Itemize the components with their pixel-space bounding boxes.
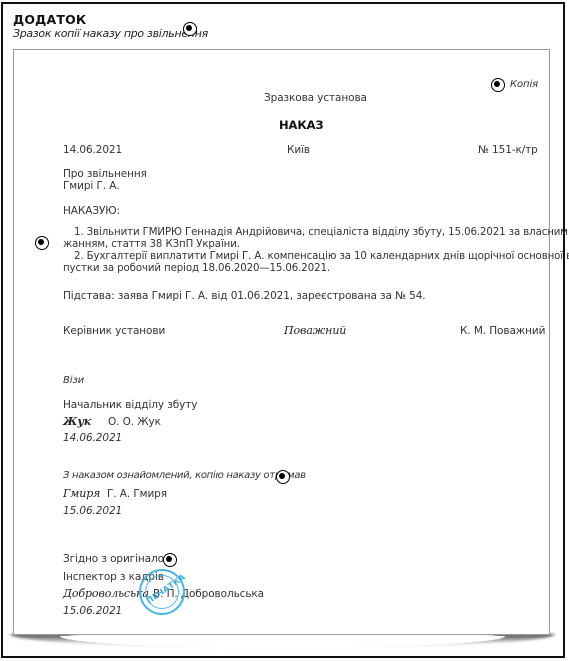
stamp-seal-icon: ПЕЧАТКА bbox=[139, 569, 185, 615]
subject-line-2: Гмирі Г. А. bbox=[63, 180, 120, 192]
appendix-title: ДОДАТОК bbox=[13, 12, 86, 27]
visa-date: 14.06.2021 bbox=[63, 432, 122, 444]
certification-signature: Добровольська bbox=[63, 587, 149, 600]
order-item-1-line-2: жанням, стаття 38 КЗпП України. bbox=[63, 239, 240, 250]
acknowledgement-marker-icon[interactable] bbox=[276, 470, 290, 484]
order-item-2-line-2: пустки за робочий період 18.06.2020—15.0… bbox=[63, 263, 330, 274]
head-position: Керівник установи bbox=[63, 325, 165, 337]
acknowledgement-name: Г. А. Гмиря bbox=[107, 488, 167, 500]
visas-label: Візи bbox=[63, 375, 84, 386]
certification-marker-icon[interactable] bbox=[163, 553, 177, 567]
certification-date: 15.06.2021 bbox=[63, 605, 122, 617]
acknowledgement-date: 15.06.2021 bbox=[63, 505, 122, 517]
head-signature: Поважний bbox=[284, 324, 346, 337]
stamp-text: ПЕЧАТКА bbox=[145, 575, 183, 605]
order-word: НАКАЗУЮ: bbox=[63, 205, 120, 217]
document-city: Київ bbox=[287, 144, 310, 156]
visa-name: О. О. Жук bbox=[108, 416, 161, 428]
appendix-subtitle: Зразок копії наказу про звільнення bbox=[13, 27, 208, 40]
copy-mark-marker-icon[interactable] bbox=[491, 78, 505, 92]
visa-signature: Жук bbox=[63, 415, 91, 428]
visa-position: Начальник відділу збуту bbox=[63, 399, 197, 411]
document-date: 14.06.2021 bbox=[63, 144, 122, 156]
acknowledgement-text: З наказом ознайомлений, копію наказу отр… bbox=[63, 470, 306, 481]
institution-name: Зразкова установа bbox=[264, 92, 367, 104]
subject-line-1: Про звільнення bbox=[63, 168, 147, 180]
order-item-1-line-1: 1. Звільнити ГМИРЮ Геннадія Андрійовича,… bbox=[74, 227, 569, 238]
copy-mark: Копія bbox=[510, 79, 538, 90]
order-item-2-line-1: 2. Бухгалтерії виплатити Гмирі Г. А. ком… bbox=[74, 251, 569, 262]
basis-text: Підстава: заява Гмирі Г. А. від 01.06.20… bbox=[63, 290, 426, 302]
head-name: К. М. Поважний bbox=[460, 325, 545, 337]
document-number: № 151-к/тр bbox=[478, 144, 538, 156]
document-title: НАКАЗ bbox=[279, 118, 324, 132]
annotation-marker-icon[interactable] bbox=[183, 22, 197, 36]
order-items-marker-icon[interactable] bbox=[35, 236, 49, 250]
document-page bbox=[13, 49, 550, 635]
acknowledgement-signature: Гмиря bbox=[63, 487, 100, 500]
certification-label: Згідно з оригіналом bbox=[63, 553, 172, 565]
